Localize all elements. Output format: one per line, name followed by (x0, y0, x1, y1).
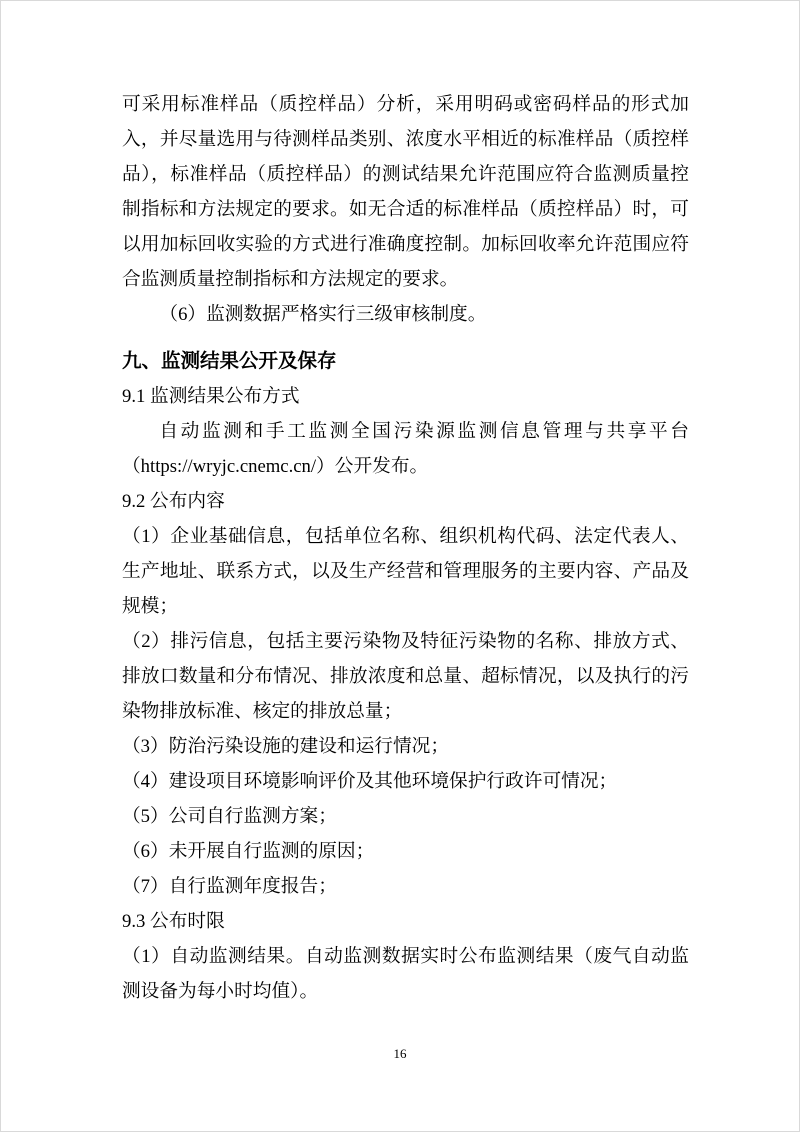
paragraph-qc-samples: 可采用标准样品（质控样品）分析，采用明码或密码样品的形式加入，并尽量选用与待测样… (122, 87, 689, 297)
list-item-auto-monitoring-results: （1）自动监测结果。自动监测数据实时公布监测结果（废气自动监测设备为每小时均值）… (122, 939, 689, 1009)
list-item-self-monitoring-plan: （5）公司自行监测方案； (122, 799, 689, 834)
list-item-pollution-control-facilities: （3）防治污染设施的建设和运行情况； (122, 729, 689, 764)
section-9-1-body-platform: 自动监测和手工监测全国污染源监测信息管理与共享平台（https://wryjc.… (122, 414, 689, 484)
section-9-2-title: 9.2 公布内容 (122, 484, 689, 519)
paragraph-item6-three-level-review: （6）监测数据严格实行三级审核制度。 (122, 297, 689, 332)
section-9-3-title: 9.3 公布时限 (122, 904, 689, 939)
page-content: 可采用标准样品（质控样品）分析，采用明码或密码样品的形式加入，并尽量选用与待测样… (122, 87, 689, 1009)
list-item-reason-no-monitoring: （6）未开展自行监测的原因； (122, 834, 689, 869)
page-number: 16 (1, 1046, 799, 1062)
section-9-heading: 九、监测结果公开及保存 (122, 344, 689, 379)
list-item-discharge-info: （2）排污信息，包括主要污染物及特征污染物的名称、排放方式、排放口数量和分布情况… (122, 624, 689, 729)
list-item-eia-permits: （4）建设项目环境影响评价及其他环境保护行政许可情况； (122, 764, 689, 799)
list-item-basic-info: （1）企业基础信息，包括单位名称、组织机构代码、法定代表人、生产地址、联系方式，… (122, 519, 689, 624)
document-page: 可采用标准样品（质控样品）分析，采用明码或密码样品的形式加入，并尽量选用与待测样… (0, 0, 800, 1132)
section-9-1-title: 9.1 监测结果公布方式 (122, 379, 689, 414)
list-item-annual-report: （7）自行监测年度报告； (122, 869, 689, 904)
